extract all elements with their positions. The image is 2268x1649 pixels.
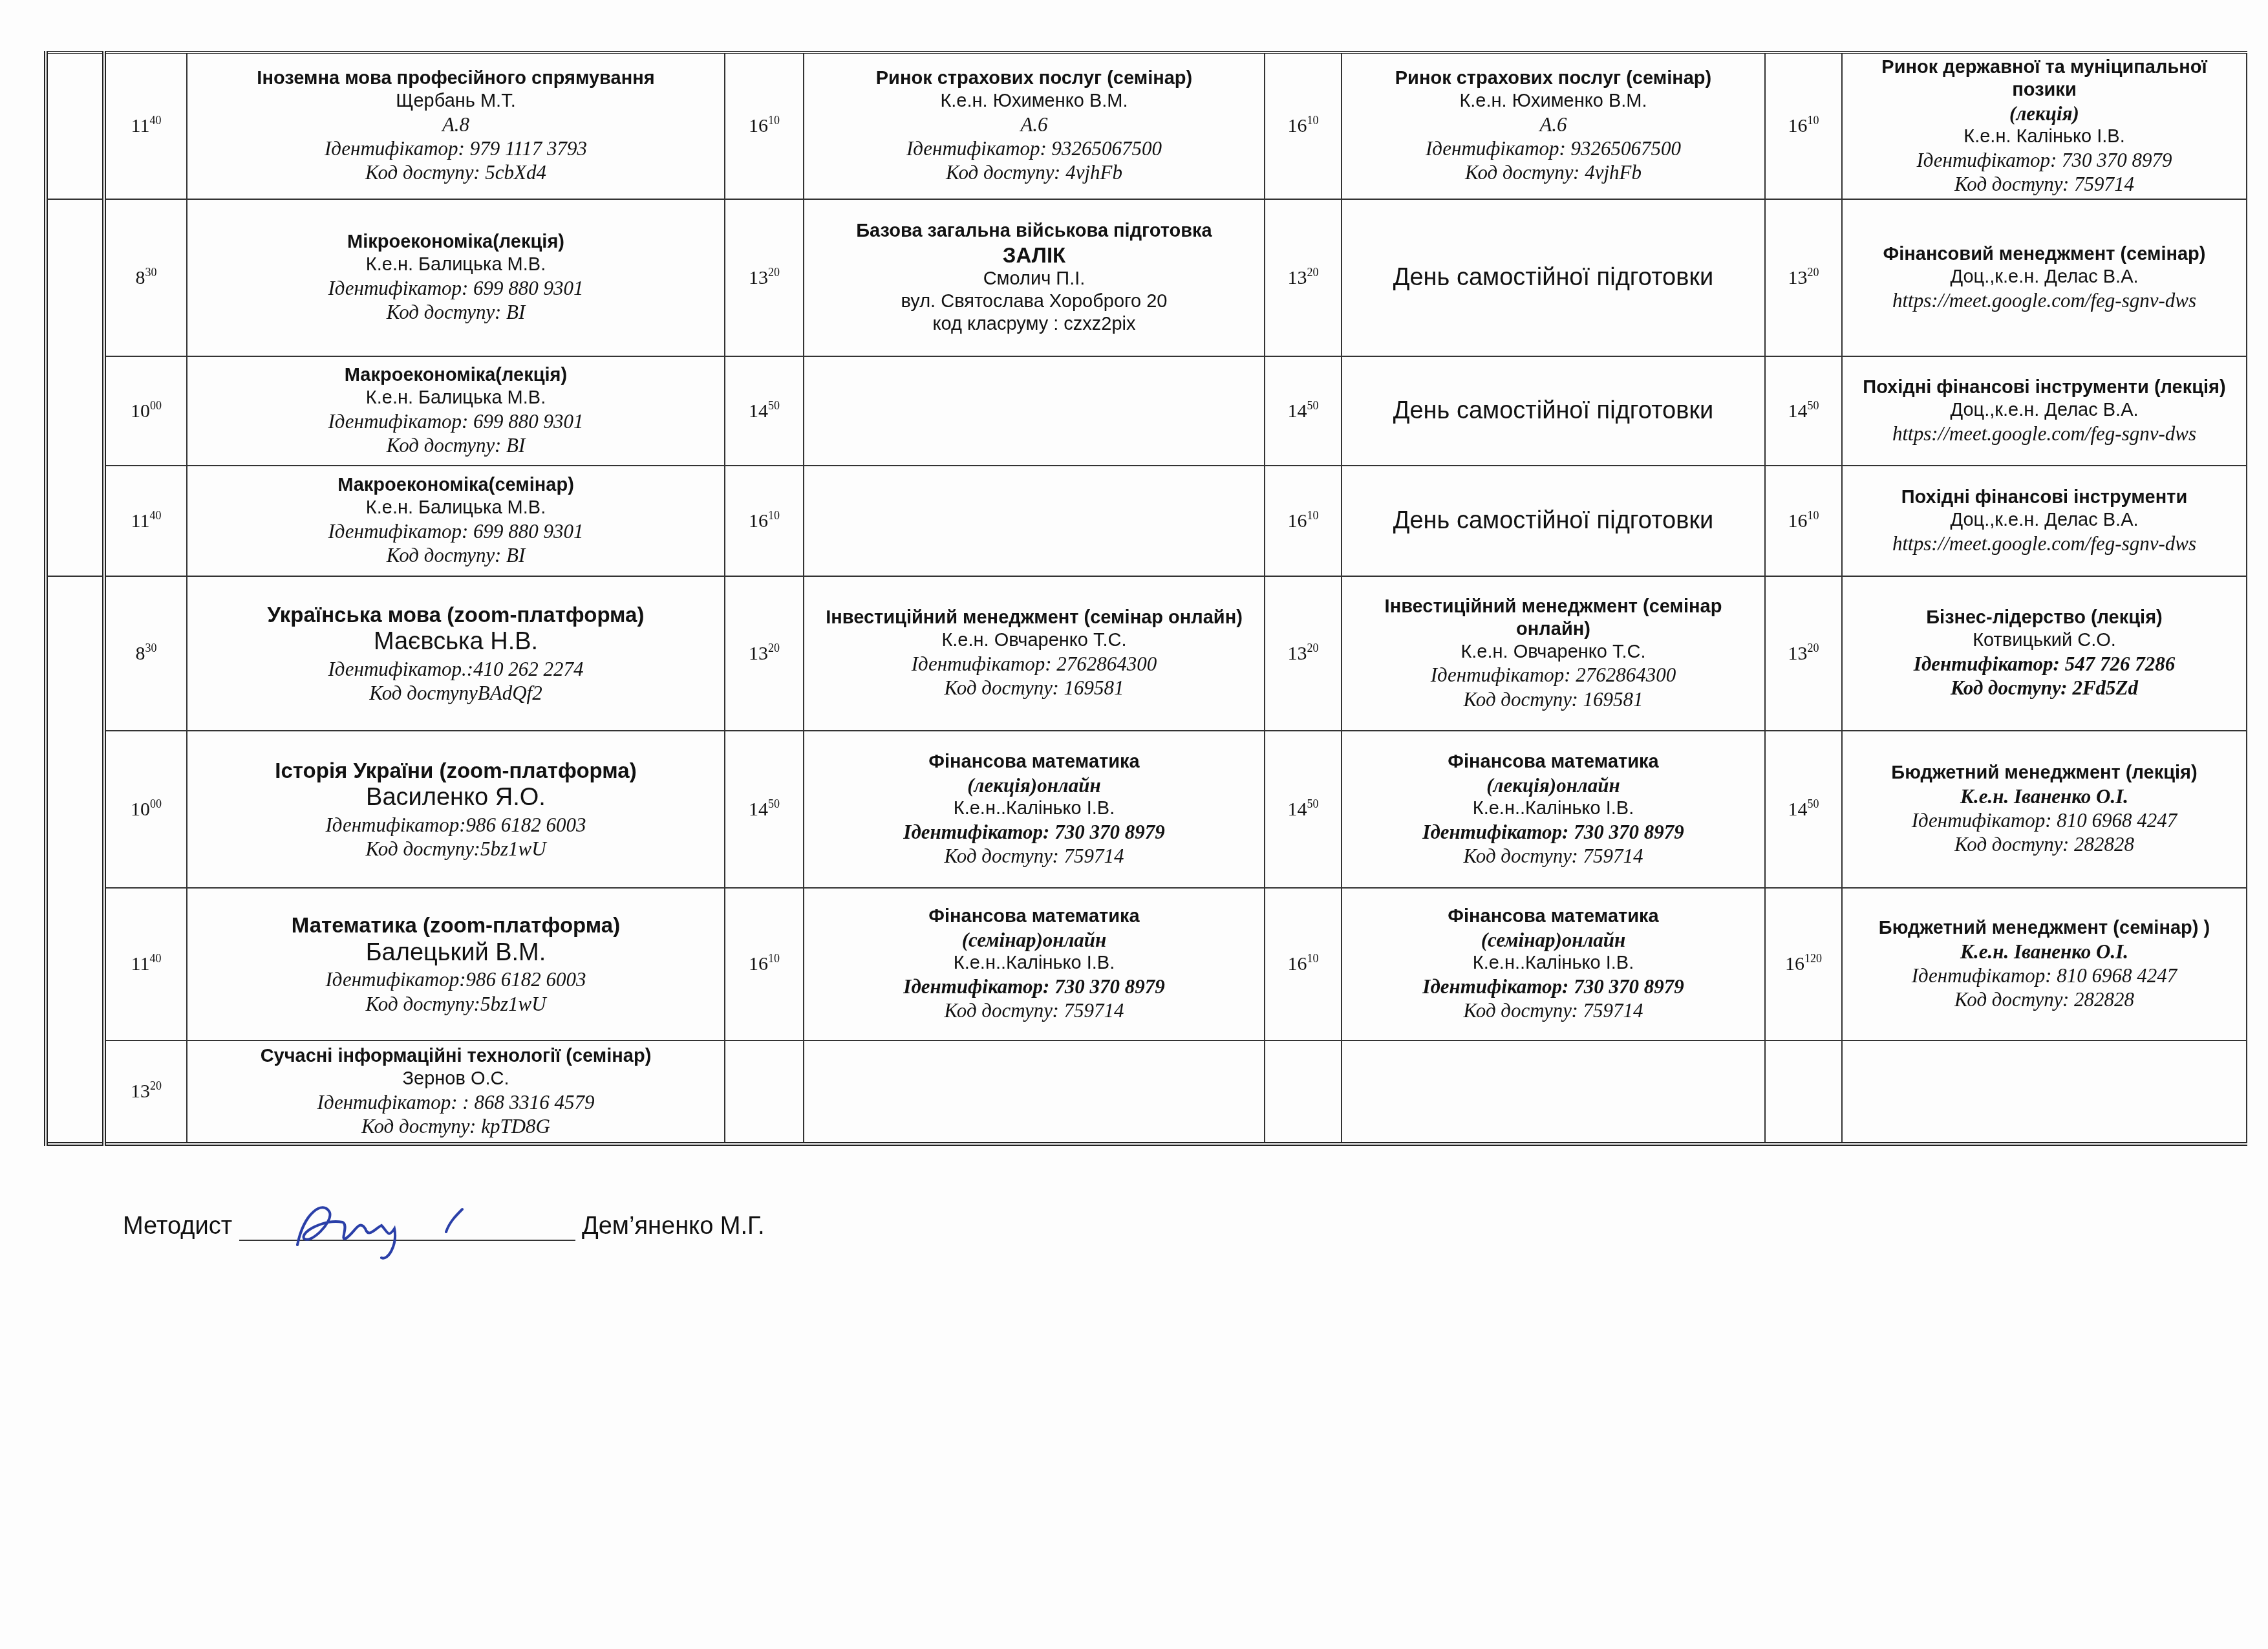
time-hour: 16 (749, 115, 768, 136)
time-cell: 830 (104, 199, 187, 356)
day-label-cell: ЧТ 23.04 (46, 199, 104, 576)
class-detail: (семінар)онлайн (1346, 928, 1760, 952)
time-cell: 1450 (1265, 356, 1342, 466)
class-cell: Фінансова математика(лекція)онлайнК.е.н.… (804, 731, 1265, 888)
class-title: Ринок страхових послуг (семінар) (808, 67, 1260, 90)
time-cell: 1320 (1765, 199, 1842, 356)
class-cell: Ринок страхових послуг (семінар)К.е.н. Ю… (804, 52, 1265, 199)
class-cell: Бізнес-лідерство (лекція)Котвицький С.О.… (1842, 576, 2247, 731)
time-hour: 16 (1288, 510, 1307, 532)
time-cell: 830 (104, 576, 187, 731)
class-detail: Код доступу: 759714 (1846, 172, 2242, 196)
class-detail: Ідентифікатор: 730 370 8979 (808, 820, 1260, 844)
class-title: Українська мова (zoom-платформа) (191, 602, 720, 628)
time-hour: 13 (749, 643, 768, 664)
time-cell: 1610 (1765, 52, 1842, 199)
class-cell: Фінансова математика(лекція)онлайнК.е.н.… (1342, 731, 1765, 888)
class-detail: Ідентифікатор: 699 880 9301 (191, 276, 720, 300)
class-cell: День самостійної підготовки (1342, 356, 1765, 466)
time-cell: 1320 (725, 199, 804, 356)
schedule-row: 1140Макроекономіка(семінар)К.е.н. Балиць… (46, 466, 2247, 576)
class-cell: Ринок державної та муніципальноїпозики(л… (1842, 52, 2247, 199)
time-minutes: 30 (145, 266, 157, 279)
time-cell: 1450 (1765, 356, 1842, 466)
time-minutes: 20 (768, 266, 780, 279)
class-cell: Похідні фінансові інструментиДоц.,к.е.н.… (1842, 466, 2247, 576)
class-cell: Фінансовий менеджмент (семінар)Доц.,к.е.… (1842, 199, 2247, 356)
time-cell: 1610 (1265, 52, 1342, 199)
schedule-table: 1140Іноземна мова професійного спрямуван… (44, 51, 2247, 1146)
class-detail: Код доступу: ВІ (191, 433, 720, 457)
time-minutes: 10 (1808, 114, 1819, 127)
class-detail: Зернов О.С. (191, 1068, 720, 1090)
class-detail: К.е.н. Калінько І.В. (1846, 125, 2242, 148)
time-hour: 14 (1788, 400, 1808, 422)
class-detail: Ідентифікатор: 730 370 8979 (808, 975, 1260, 998)
empty-class-cell (1342, 1040, 1765, 1144)
time-cell: 1450 (725, 731, 804, 888)
class-detail: Код доступу: 4vjhFb (808, 160, 1260, 184)
time-cell: 1140 (104, 888, 187, 1040)
time-minutes: 10 (1307, 114, 1319, 127)
signature-name: Дем’яненко М.Г. (582, 1212, 765, 1240)
schedule-row: ЧТ 23.04830Мікроекономіка(лекція)К.е.н. … (46, 199, 2247, 356)
class-cell: День самостійної підготовки (1342, 199, 1765, 356)
class-detail: Код доступу: kpTD8G (191, 1114, 720, 1138)
time-hour: 11 (131, 115, 150, 136)
class-cell: Мікроекономіка(лекція)К.е.н. Балицька М.… (187, 199, 725, 356)
class-detail[interactable]: https://meet.google.com/feg-sgnv-dws (1846, 532, 2242, 555)
time-cell: 1320 (1265, 576, 1342, 731)
time-minutes: 10 (1307, 952, 1319, 965)
class-title: Фінансова математика (808, 905, 1260, 928)
time-cell: 1610 (1265, 466, 1342, 576)
time-hour: 16 (749, 953, 768, 975)
class-cell: Українська мова (zoom-платформа)Маєвська… (187, 576, 725, 731)
class-detail: К.е.н. Юхименко В.М. (808, 90, 1260, 113)
time-cell: 1320 (104, 1040, 187, 1144)
class-detail: А.6 (808, 113, 1260, 136)
class-detail: Балецький В.М. (191, 938, 720, 968)
class-cell: Ринок страхових послуг (семінар)К.е.н. Ю… (1342, 52, 1765, 199)
time-cell: 1140 (104, 466, 187, 576)
class-cell: Інвестиційний менеджмент (семінар онлайн… (804, 576, 1265, 731)
time-minutes: 10 (1808, 509, 1819, 522)
class-detail: Код доступу: 169581 (1346, 687, 1760, 711)
time-cell: 1000 (104, 731, 187, 888)
day-label-cell (46, 52, 104, 199)
time-minutes: 40 (149, 952, 161, 965)
empty-class-cell (804, 356, 1265, 466)
time-minutes: 20 (1307, 266, 1319, 279)
time-minutes: 00 (150, 797, 162, 810)
class-detail: Код доступу: ВІ (191, 543, 720, 567)
time-hour: 13 (1288, 643, 1307, 664)
class-detail: вул. Святослава Хороброго 20 (808, 290, 1260, 313)
class-detail: (семінар)онлайн (808, 928, 1260, 952)
class-detail: К.е.н. Балицька М.В. (191, 253, 720, 276)
class-cell: Базова загальна військова підготовкаЗАЛІ… (804, 199, 1265, 356)
class-title: Фінансовий менеджмент (семінар) (1846, 243, 2242, 266)
time-cell: 16120 (1765, 888, 1842, 1040)
class-cell: Бюджетний менеджмент (лекція)К.е.н. Іван… (1842, 731, 2247, 888)
time-minutes: 30 (145, 641, 157, 654)
time-minutes: 00 (150, 399, 162, 412)
class-detail: Ідентифікатор: 699 880 9301 (191, 519, 720, 543)
class-detail: Ідентифікатор: 699 880 9301 (191, 409, 720, 433)
class-detail: позики (1846, 79, 2242, 102)
class-title: Ринок страхових послуг (семінар) (1346, 67, 1760, 90)
class-detail: Ідентифікатор: 810 6968 4247 (1846, 808, 2242, 832)
time-hour: 16 (749, 510, 768, 532)
time-hour: 11 (131, 953, 150, 975)
class-cell: Інвестиційний менеджмент (семінаронлайн)… (1342, 576, 1765, 731)
time-hour: 13 (749, 267, 768, 288)
time-minutes: 50 (768, 399, 780, 412)
class-detail: К.е.н. Овчаренко Т.С. (808, 629, 1260, 652)
schedule-row: 1320Сучасні інформаційні технології (сем… (46, 1040, 2247, 1144)
time-hour: 14 (1788, 799, 1808, 820)
time-minutes: 20 (1808, 641, 1819, 654)
time-cell: 1450 (1765, 731, 1842, 888)
time-hour: 13 (1788, 267, 1808, 288)
time-hour: 11 (131, 510, 150, 532)
class-detail: Код доступу: 4vjhFb (1346, 160, 1760, 184)
time-hour: 16 (1288, 953, 1307, 975)
class-title: День самостійної підготовки (1346, 506, 1760, 536)
class-detail: Щербань М.Т. (191, 90, 720, 113)
class-title: Базова загальна військова підготовка (808, 220, 1260, 242)
class-detail: Ідентифікатор.:410 262 2274 (191, 657, 720, 681)
time-cell (1265, 1040, 1342, 1144)
time-hour: 10 (131, 799, 150, 820)
class-title: Мікроекономіка(лекція) (191, 231, 720, 253)
schedule-row: 1000Історія України (zoom-платформа)Васи… (46, 731, 2247, 888)
time-minutes: 50 (1808, 399, 1819, 412)
time-hour: 8 (136, 267, 145, 288)
class-title: Інвестиційний менеджмент (семінар (1346, 596, 1760, 618)
class-detail: Ідентифікатор:986 6182 6003 (191, 967, 720, 991)
class-detail: Ідентифікатор: 979 1117 3793 (191, 136, 720, 160)
time-minutes: 50 (1808, 797, 1819, 810)
time-cell: 1610 (725, 52, 804, 199)
class-detail: Ідентифікатор: 2762864300 (1346, 663, 1760, 687)
class-cell: Похідні фінансові інструменти (лекція)До… (1842, 356, 2247, 466)
class-detail: К.е.н. Балицька М.В. (191, 497, 720, 519)
class-detail: А.8 (191, 113, 720, 136)
class-title: Бюджетний менеджмент (семінар) ) (1846, 917, 2242, 940)
schedule-sheet: 1140Іноземна мова професійного спрямуван… (44, 51, 2245, 1138)
time-minutes: 50 (1307, 399, 1319, 412)
class-detail: Ідентифікатор: 93265067500 (808, 136, 1260, 160)
class-detail: Ідентифікатор: 730 370 8979 (1846, 148, 2242, 172)
class-title: Іноземна мова професійного спрямування (191, 67, 720, 90)
class-cell: Бюджетний менеджмент (семінар) )К.е.н. І… (1842, 888, 2247, 1040)
class-title: Фінансова математика (1346, 905, 1760, 928)
day-label-cell: ПТ 24.04 (46, 576, 104, 1144)
class-detail: онлайн) (1346, 618, 1760, 641)
time-cell: 1000 (104, 356, 187, 466)
class-title: Макроекономіка(семінар) (191, 474, 720, 497)
class-detail: К.е.н..Калінько І.В. (808, 797, 1260, 820)
time-hour: 13 (1288, 267, 1307, 288)
class-detail: Код доступу: 282828 (1846, 987, 2242, 1011)
class-detail: Код доступу: 759714 (1346, 844, 1760, 868)
time-hour: 16 (1785, 953, 1804, 975)
time-minutes: 20 (768, 641, 780, 654)
time-minutes: 120 (1804, 952, 1822, 965)
class-title: День самостійної підготовки (1346, 263, 1760, 293)
class-detail: А.6 (1346, 113, 1760, 136)
class-detail: Код доступу: 5cbXd4 (191, 160, 720, 184)
class-detail: Код доступу: 759714 (808, 844, 1260, 868)
class-title: Похідні фінансові інструменти (1846, 486, 2242, 509)
class-detail: Ідентифікатор: 730 370 8979 (1346, 820, 1760, 844)
signature-block: Методист Дем’яненко М.Г. (123, 1200, 899, 1251)
schedule-row: 1140Математика (zoom-платформа)Балецький… (46, 888, 2247, 1040)
class-cell: Фінансова математика(семінар)онлайнК.е.н… (804, 888, 1265, 1040)
class-title: Сучасні інформаційні технології (семінар… (191, 1045, 720, 1068)
class-detail: Доц.,к.е.н. Делас В.А. (1846, 266, 2242, 288)
time-minutes: 50 (1307, 797, 1319, 810)
class-title: Макроекономіка(лекція) (191, 364, 720, 387)
class-detail: Код доступу: 169581 (808, 676, 1260, 700)
class-cell: День самостійної підготовки (1342, 466, 1765, 576)
class-title: Бюджетний менеджмент (лекція) (1846, 762, 2242, 784)
class-cell: Макроекономіка(семінар)К.е.н. Балицька М… (187, 466, 725, 576)
time-hour: 8 (136, 643, 145, 664)
empty-class-cell (804, 466, 1265, 576)
time-cell: 1450 (725, 356, 804, 466)
time-minutes: 10 (768, 509, 780, 522)
time-hour: 16 (1788, 115, 1808, 136)
class-detail: Василенко Я.О. (191, 783, 720, 813)
class-cell: Макроекономіка(лекція)К.е.н. Балицька М.… (187, 356, 725, 466)
class-title: День самостійної підготовки (1346, 396, 1760, 426)
class-detail[interactable]: https://meet.google.com/feg-sgnv-dws (1846, 288, 2242, 312)
class-detail: Код доступу: ВІ (191, 300, 720, 324)
handwritten-signature-icon (284, 1193, 556, 1264)
class-cell: Математика (zoom-платформа)Балецький В.М… (187, 888, 725, 1040)
class-detail: Ідентифікатор: 810 6968 4247 (1846, 964, 2242, 987)
time-cell: 1450 (1265, 731, 1342, 888)
class-detail: К.е.н. Іваненко О.І. (1846, 784, 2242, 808)
time-cell: 1610 (725, 888, 804, 1040)
time-cell: 1320 (1265, 199, 1342, 356)
class-detail: Ідентифікатор: 547 726 7286 (1846, 652, 2242, 676)
time-minutes: 20 (150, 1079, 162, 1092)
schedule-row: ПТ 24.04830Українська мова (zoom-платфор… (46, 576, 2247, 731)
class-detail: Котвицький С.О. (1846, 629, 2242, 652)
time-minutes: 40 (149, 509, 161, 522)
class-detail: Код доступу: 759714 (808, 998, 1260, 1022)
time-hour: 13 (131, 1081, 150, 1102)
time-hour: 13 (1788, 643, 1808, 664)
class-detail: Доц.,к.е.н. Делас В.А. (1846, 509, 2242, 532)
time-hour: 16 (1288, 115, 1307, 136)
time-cell: 1140 (104, 52, 187, 199)
time-minutes: 10 (1307, 509, 1319, 522)
time-minutes: 40 (149, 114, 161, 127)
class-title: Фінансова математика (808, 751, 1260, 773)
class-detail: Код доступуBAdQf2 (191, 681, 720, 705)
class-detail: К.е.н..Калінько І.В. (1346, 797, 1760, 820)
class-title: Математика (zoom-платформа) (191, 912, 720, 938)
time-minutes: 20 (1808, 266, 1819, 279)
class-detail: Код доступу:5bz1wU (191, 992, 720, 1016)
time-minutes: 20 (1307, 641, 1319, 654)
class-title: Бізнес-лідерство (лекція) (1846, 607, 2242, 629)
class-detail: Код доступу: 2Fd5Zd (1846, 676, 2242, 700)
class-detail: Ідентифікатор: 2762864300 (808, 652, 1260, 676)
class-detail: Ідентифікатор:986 6182 6003 (191, 813, 720, 837)
schedule-row: 1000Макроекономіка(лекція)К.е.н. Балицьк… (46, 356, 2247, 466)
time-minutes: 50 (768, 797, 780, 810)
class-detail: Доц.,к.е.н. Делас В.А. (1846, 399, 2242, 422)
class-cell: Іноземна мова професійного спрямуванняЩе… (187, 52, 725, 199)
schedule-row: 1140Іноземна мова професійного спрямуван… (46, 52, 2247, 199)
time-cell: 1610 (725, 466, 804, 576)
time-hour: 14 (749, 799, 768, 820)
class-detail: К.е.н. Балицька М.В. (191, 387, 720, 409)
class-detail: К.е.н. Овчаренко Т.С. (1346, 641, 1760, 663)
empty-class-cell (804, 1040, 1265, 1144)
class-detail: К.е.н. Юхименко В.М. (1346, 90, 1760, 113)
class-title: Похідні фінансові інструменти (лекція) (1846, 376, 2242, 399)
class-title: Історія України (zoom-платформа) (191, 758, 720, 784)
class-detail: код класруму : czxz2pix (808, 313, 1260, 336)
time-cell (1765, 1040, 1842, 1144)
class-detail: (лекція)онлайн (1346, 773, 1760, 797)
time-hour: 14 (749, 400, 768, 422)
empty-class-cell (1842, 1040, 2247, 1144)
class-detail: Смолич П.І. (808, 268, 1260, 290)
class-title: Фінансова математика (1346, 751, 1760, 773)
class-detail: Ідентифікатор: 93265067500 (1346, 136, 1760, 160)
class-detail: Код доступу:5bz1wU (191, 837, 720, 861)
class-detail: (лекція)онлайн (808, 773, 1260, 797)
class-detail: К.е.н..Калінько І.В. (808, 952, 1260, 975)
time-cell: 1610 (1765, 466, 1842, 576)
class-detail: Ідентифікатор: 730 370 8979 (1346, 975, 1760, 998)
class-detail: Ідентифікатор: : 868 3316 4579 (191, 1090, 720, 1114)
class-detail[interactable]: https://meet.google.com/feg-sgnv-dws (1846, 422, 2242, 446)
time-cell (725, 1040, 804, 1144)
time-minutes: 10 (768, 952, 780, 965)
time-hour: 16 (1788, 510, 1808, 532)
class-detail: К.е.н..Калінько І.В. (1346, 952, 1760, 975)
time-hour: 10 (131, 400, 150, 422)
time-cell: 1320 (725, 576, 804, 731)
class-detail: Код доступу: 282828 (1846, 832, 2242, 856)
class-cell: Історія України (zoom-платформа)Василенк… (187, 731, 725, 888)
signature-role: Методист (123, 1212, 232, 1240)
class-detail: (лекція) (1846, 102, 2242, 125)
time-cell: 1320 (1765, 576, 1842, 731)
time-hour: 14 (1288, 799, 1307, 820)
class-title: Інвестиційний менеджмент (семінар онлайн… (808, 607, 1260, 629)
schedule-body: 1140Іноземна мова професійного спрямуван… (46, 52, 2247, 1144)
time-hour: 14 (1288, 400, 1307, 422)
class-detail: ЗАЛІК (808, 242, 1260, 268)
class-cell: Фінансова математика(семінар)онлайнК.е.н… (1342, 888, 1765, 1040)
class-title: Ринок державної та муніципальної (1846, 56, 2242, 79)
class-detail: Код доступу: 759714 (1346, 998, 1760, 1022)
class-cell: Сучасні інформаційні технології (семінар… (187, 1040, 725, 1144)
class-detail: Маєвська Н.В. (191, 627, 720, 657)
time-cell: 1610 (1265, 888, 1342, 1040)
time-minutes: 10 (768, 114, 780, 127)
class-detail: К.е.н. Іваненко О.І. (1846, 940, 2242, 964)
